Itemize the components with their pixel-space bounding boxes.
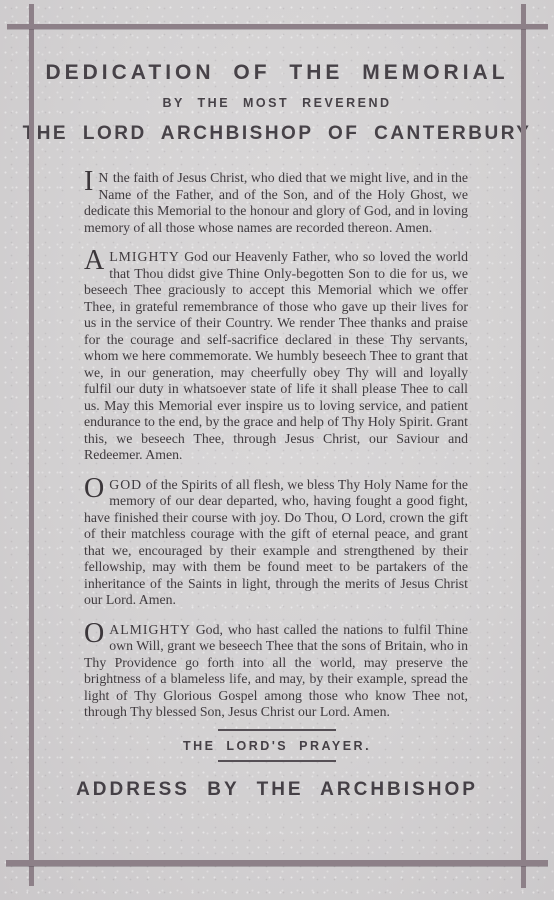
prayer-initial: O [84, 622, 109, 648]
prayer-first-word: ALMIGHTY [109, 622, 191, 637]
prayer-body-text: the faith of Jesus Christ, who died that… [84, 170, 468, 235]
page-header: DEDICATION OF THE MEMORIAL BY THE MOST R… [0, 0, 554, 145]
prayer-initial: A [84, 249, 109, 275]
prayer-paragraph-almighty-father: ALMIGHTY God our Heavenly Father, who so… [84, 249, 468, 464]
prayer-first-word: N [98, 170, 109, 185]
prayer-initial: O [84, 477, 109, 503]
frame-border-left [29, 4, 34, 886]
prayer-body-text: God our Heavenly Father, who so loved th… [84, 249, 468, 462]
page-subtitle: BY THE MOST REVEREND [0, 96, 554, 110]
prayer-first-word: GOD [109, 477, 142, 492]
page-content: DEDICATION OF THE MEMORIAL BY THE MOST R… [0, 0, 554, 801]
prayer-paragraph-god-of-spirits: OGOD of the Spirits of all flesh, we ble… [84, 477, 468, 609]
prayer-body-text: of the Spirits of all flesh, we bless Th… [84, 477, 468, 608]
prayer-initial: I [84, 170, 98, 196]
frame-border-top [7, 24, 548, 29]
prayer-paragraph-nations: OALMIGHTY God, who hast called the natio… [84, 622, 468, 721]
page-footer: THE LORD'S PRAYER. ADDRESS BY THE ARCHBI… [0, 729, 554, 801]
scanned-memorial-page: DEDICATION OF THE MEMORIAL BY THE MOST R… [0, 0, 554, 900]
prayers-section: IN the faith of Jesus Christ, who died t… [84, 170, 468, 721]
prayer-first-word: LMIGHTY [109, 249, 180, 264]
author-line: THE LORD ARCHBISHOP OF CANTERBURY [0, 123, 554, 145]
divider-rule-upper [218, 729, 336, 731]
address-heading: ADDRESS BY THE ARCHBISHOP [0, 779, 554, 801]
divider-rule-lower [218, 760, 336, 762]
frame-border-bottom [6, 860, 548, 866]
lords-prayer-heading: THE LORD'S PRAYER. [0, 739, 554, 753]
frame-border-right [521, 4, 526, 888]
prayer-paragraph-dedication: IN the faith of Jesus Christ, who died t… [84, 170, 468, 236]
page-title: DEDICATION OF THE MEMORIAL [0, 61, 554, 85]
